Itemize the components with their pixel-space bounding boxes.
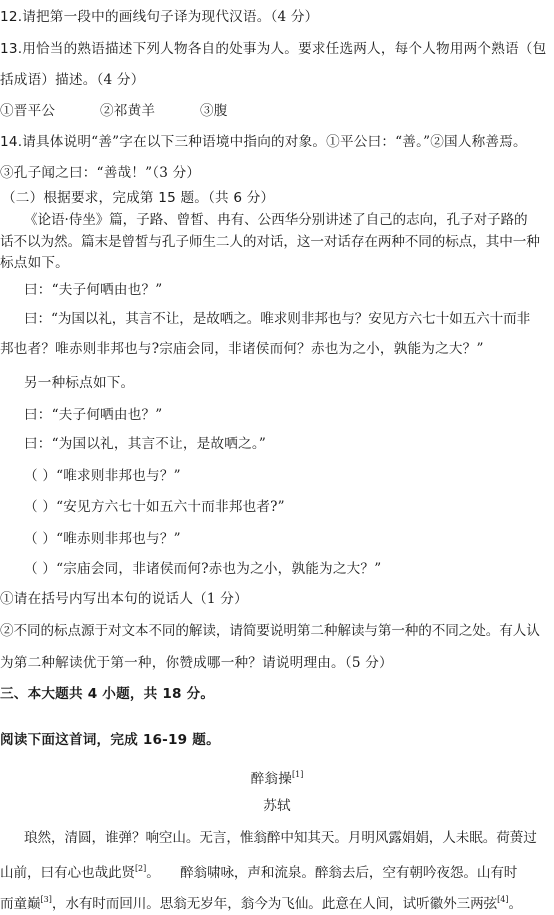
sub-question-2-line-1: ②不同的标点源于对文本不同的解读，请简要说明第二种解读与第一种的不同之处。有人认 — [0, 622, 540, 640]
version-2-intro: 另一种标点如下。 — [24, 374, 134, 392]
question-14-continued: ③孔子闻之曰：“善哉！”（3 分） — [0, 164, 200, 182]
section-2-heading: （二）根据要求，完成第 15 题。（共 6 分） — [2, 189, 274, 207]
version-2-item-4: （ ）“宗庙会同，非诸侯而何?赤也为之小，孰能为之大？” — [24, 560, 381, 578]
poem-line-2: 山前，曰有心也哉此贤[2]。 醉翁啸咏，声和流泉。醉翁去后，空有朝吟夜怨。山有时 — [0, 860, 517, 882]
section-2-intro-line-2: 话不以为然。篇末是曾皙与孔子师生二人的对话，这一对话存在两种不同的标点，其中一种 — [0, 233, 540, 251]
footnote-marker: [3] — [40, 895, 51, 904]
poem-text: 而童巅 — [0, 896, 40, 912]
question-number: 12. — [0, 9, 22, 25]
version-1-line-2a: 曰：“为国以礼，其言不让，是故哂之。唯求则非邦也与？安见方六七十如五六十而非 — [24, 310, 530, 328]
question-text: 请把第一段中的画线句子译为现代汉语。（4 分） — [22, 9, 318, 25]
question-number: 14. — [0, 134, 22, 150]
version-1-line-2b: 邦也者？唯赤则非邦也与?宗庙会同，非诸侯而何？赤也为之小，孰能为之大？” — [0, 340, 484, 358]
question-text: ③孔子闻之曰：“善哉！”（3 分） — [0, 165, 200, 181]
question-13-options: ①晋平公②祁黄羊③腹 — [0, 102, 228, 120]
sub-question-2-line-2: 为第二种解读优于第一种，你赞成哪一种？请说明理由。（5 分） — [0, 654, 393, 672]
question-text: 括成语）描述。（4 分） — [0, 72, 145, 88]
version-2-item-3: （ ）“唯赤则非邦也与？” — [24, 530, 181, 548]
version-2-item-1: （ ）“唯求则非邦也与？” — [24, 467, 181, 485]
version-2-line-2: 曰：“为国以礼，其言不让，是故哂之。” — [24, 435, 266, 453]
poem-title: 醉翁操[1] — [0, 766, 554, 788]
question-14: 14.请具体说明“善”字在以下三种语境中指向的对象。①平公曰：“善。”②国人称善… — [0, 133, 527, 151]
poem-line-3: 而童巅[3]，水有时而回川。思翁无岁年，翁今为飞仙。此意在人间，试听徽外三两弦[… — [0, 891, 522, 913]
section-2-intro-line-1: 《论语·侍坐》篇，子路、曾皙、冉有、公西华分别讲述了自己的志向，孔子对子路的 — [24, 211, 528, 229]
footnote-marker: [2] — [135, 864, 146, 873]
footnote-marker: [1] — [292, 770, 303, 779]
question-12: 12.请把第一段中的画线句子译为现代汉语。（4 分） — [0, 8, 318, 26]
question-13-continued: 括成语）描述。（4 分） — [0, 71, 145, 89]
option-1: ①晋平公 — [0, 102, 100, 120]
poem-text: ，水有时而回川。思翁无岁年，翁今为飞仙。此意在人间，试听徽外三两弦 — [52, 896, 497, 912]
option-2: ②祁黄羊 — [100, 102, 200, 120]
option-3: ③腹 — [200, 102, 228, 120]
question-text: 请具体说明“善”字在以下三种语境中指向的对象。①平公曰：“善。”②国人称善焉。 — [22, 134, 527, 150]
sub-question-1: ①请在括号内写出本句的说话人（1 分） — [0, 590, 248, 608]
section-3-instruction: 阅读下面这首词，完成 16-19 题。 — [0, 731, 220, 749]
question-text: 用恰当的熟语描述下列人物各自的处事为人。要求任选两人，每个人物用两个熟语（包 — [22, 41, 546, 57]
poem-author: 苏轼 — [0, 797, 554, 815]
question-number: 13. — [0, 41, 22, 57]
poem-text: 。 — [508, 896, 522, 912]
poem-title-text: 醉翁操 — [251, 771, 292, 787]
version-2-item-2: （ ）“安见方六七十如五六十而非邦也者?” — [24, 498, 285, 516]
version-2-line-1: 曰：“夫子何哂由也？” — [24, 406, 162, 424]
poem-text: 山前，曰有心也哉此贤 — [0, 865, 135, 881]
footnote-marker: [4] — [497, 895, 508, 904]
section-2-intro-line-3: 标点如下。 — [0, 254, 69, 272]
question-13: 13.用恰当的熟语描述下列人物各自的处事为人。要求任选两人，每个人物用两个熟语（… — [0, 40, 546, 58]
section-3-heading: 三、本大题共 4 小题，共 18 分。 — [0, 685, 214, 703]
poem-line-1: 琅然，清圆，谁弹？响空山。无言，惟翁醉中知其天。月明风露娟娟，人未眠。荷蒉过 — [24, 829, 537, 847]
version-1-line-1: 曰：“夫子何哂由也？” — [24, 281, 162, 299]
poem-text: 。 醉翁啸咏，声和流泉。醉翁去后，空有朝吟夜怨。山有时 — [146, 865, 517, 881]
